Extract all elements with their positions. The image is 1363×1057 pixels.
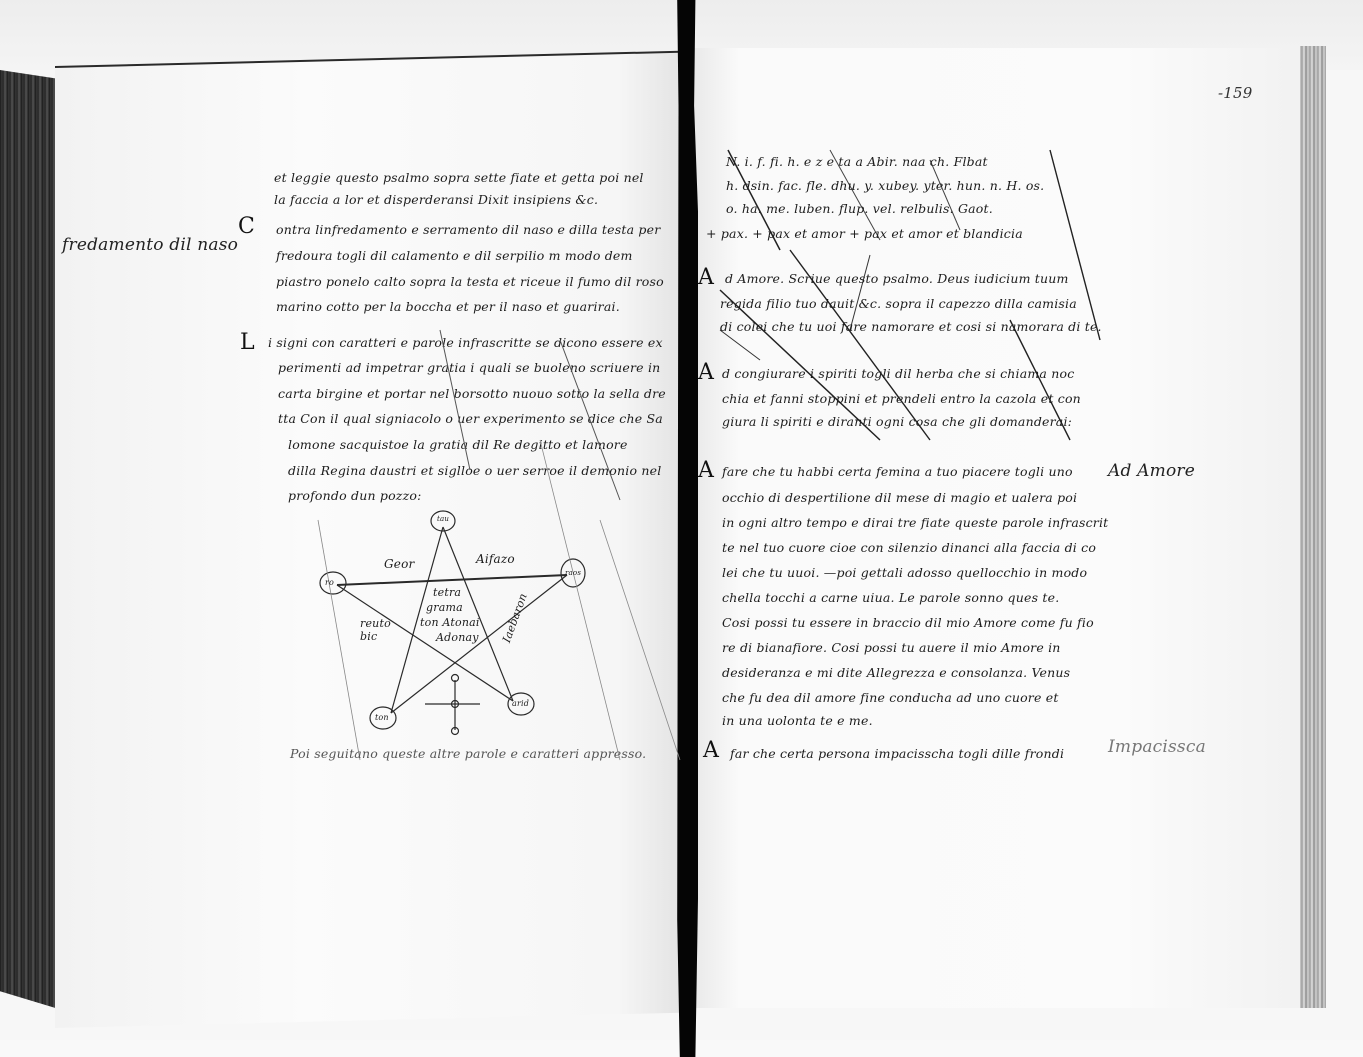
text-line: giura li spiriti e diranti ogni cosa che…	[722, 416, 1072, 429]
pentagram-label: reuto bic	[360, 617, 400, 643]
text-line: lei che tu uuoi. —poi gettali adosso que…	[722, 567, 1087, 580]
text-line: fare che tu habbi certa femina a tuo pia…	[722, 466, 1073, 479]
pentagram-center-text: Adonay	[436, 631, 479, 644]
rubric-mark: A	[698, 265, 714, 290]
text-line: Cosi possi tu essere in braccio dil mio …	[722, 617, 1094, 630]
text-line: di colei che tu uoi fare namorare et cos…	[720, 321, 1102, 334]
rubric-mark: A	[698, 458, 714, 483]
text-line: in una uolonta te e me.	[722, 715, 873, 728]
text-line: chia et fanni stoppini et prendeli entro…	[722, 393, 1081, 406]
pentagram-label: Aifazo	[476, 552, 515, 566]
pentagram-circle-label: raos	[565, 569, 581, 577]
right-margin-note-ad-amore: Ad Amore	[1108, 461, 1195, 481]
pentagram-circle-label: ton	[375, 713, 389, 722]
text-line: far che certa persona impacisscha togli …	[730, 748, 1064, 761]
pentagram-center-text: tetra	[433, 586, 461, 599]
text-line: d congiurare i spiriti togli dil herba c…	[722, 368, 1074, 381]
text-line: re di bianafiore. Cosi possi tu auere il…	[722, 642, 1061, 655]
text-line: in ogni altro tempo e dirai tre fiate qu…	[722, 517, 1108, 530]
rubric-mark: A	[703, 738, 719, 763]
pentagram-circle-label: ro	[325, 578, 334, 587]
pentagram-circle-label: arid	[512, 699, 529, 708]
text-line: desideranza e mi dite Allegrezza e conso…	[722, 667, 1070, 680]
left-footer-line: Poi seguitano queste altre parole e cara…	[290, 748, 646, 761]
text-line: che fu dea dil amore fine conducha ad un…	[722, 692, 1059, 705]
charm-line: o. ha. me. luben. flup. vel. relbulis. G…	[726, 203, 993, 216]
pentagram-circle-label: tau	[437, 515, 449, 523]
charm-line: + pax. + pax et amor + pax et amor et bl…	[706, 228, 1023, 241]
pentagram-center-text: grama	[426, 601, 463, 614]
text-line: d Amore. Scriue questo psalmo. Deus iudi…	[725, 273, 1069, 286]
text-line: occhio di despertilione dil mese di magi…	[722, 492, 1077, 505]
right-margin-note-impacissca: Impacissca	[1108, 737, 1206, 757]
text-line: te nel tuo cuore cioe con silenzio dinan…	[722, 542, 1096, 555]
pentagram-label: Geor	[384, 557, 414, 571]
charm-line: h. dsin. fac. fle. dhu. y. xubey. yter. …	[726, 180, 1044, 193]
charm-line: N. i. f. fi. h. e z e ta a Abir. naa ch.…	[726, 156, 988, 169]
pentagram-center-text: ton Atonai	[420, 616, 480, 629]
text-line: chella tocchi a carne uiua. Le parole so…	[722, 592, 1059, 605]
pentagram-diagram	[0, 0, 1363, 1057]
text-line: regida filio tuo dauit &c. sopra il cape…	[720, 298, 1077, 311]
rubric-mark: A	[698, 360, 714, 385]
